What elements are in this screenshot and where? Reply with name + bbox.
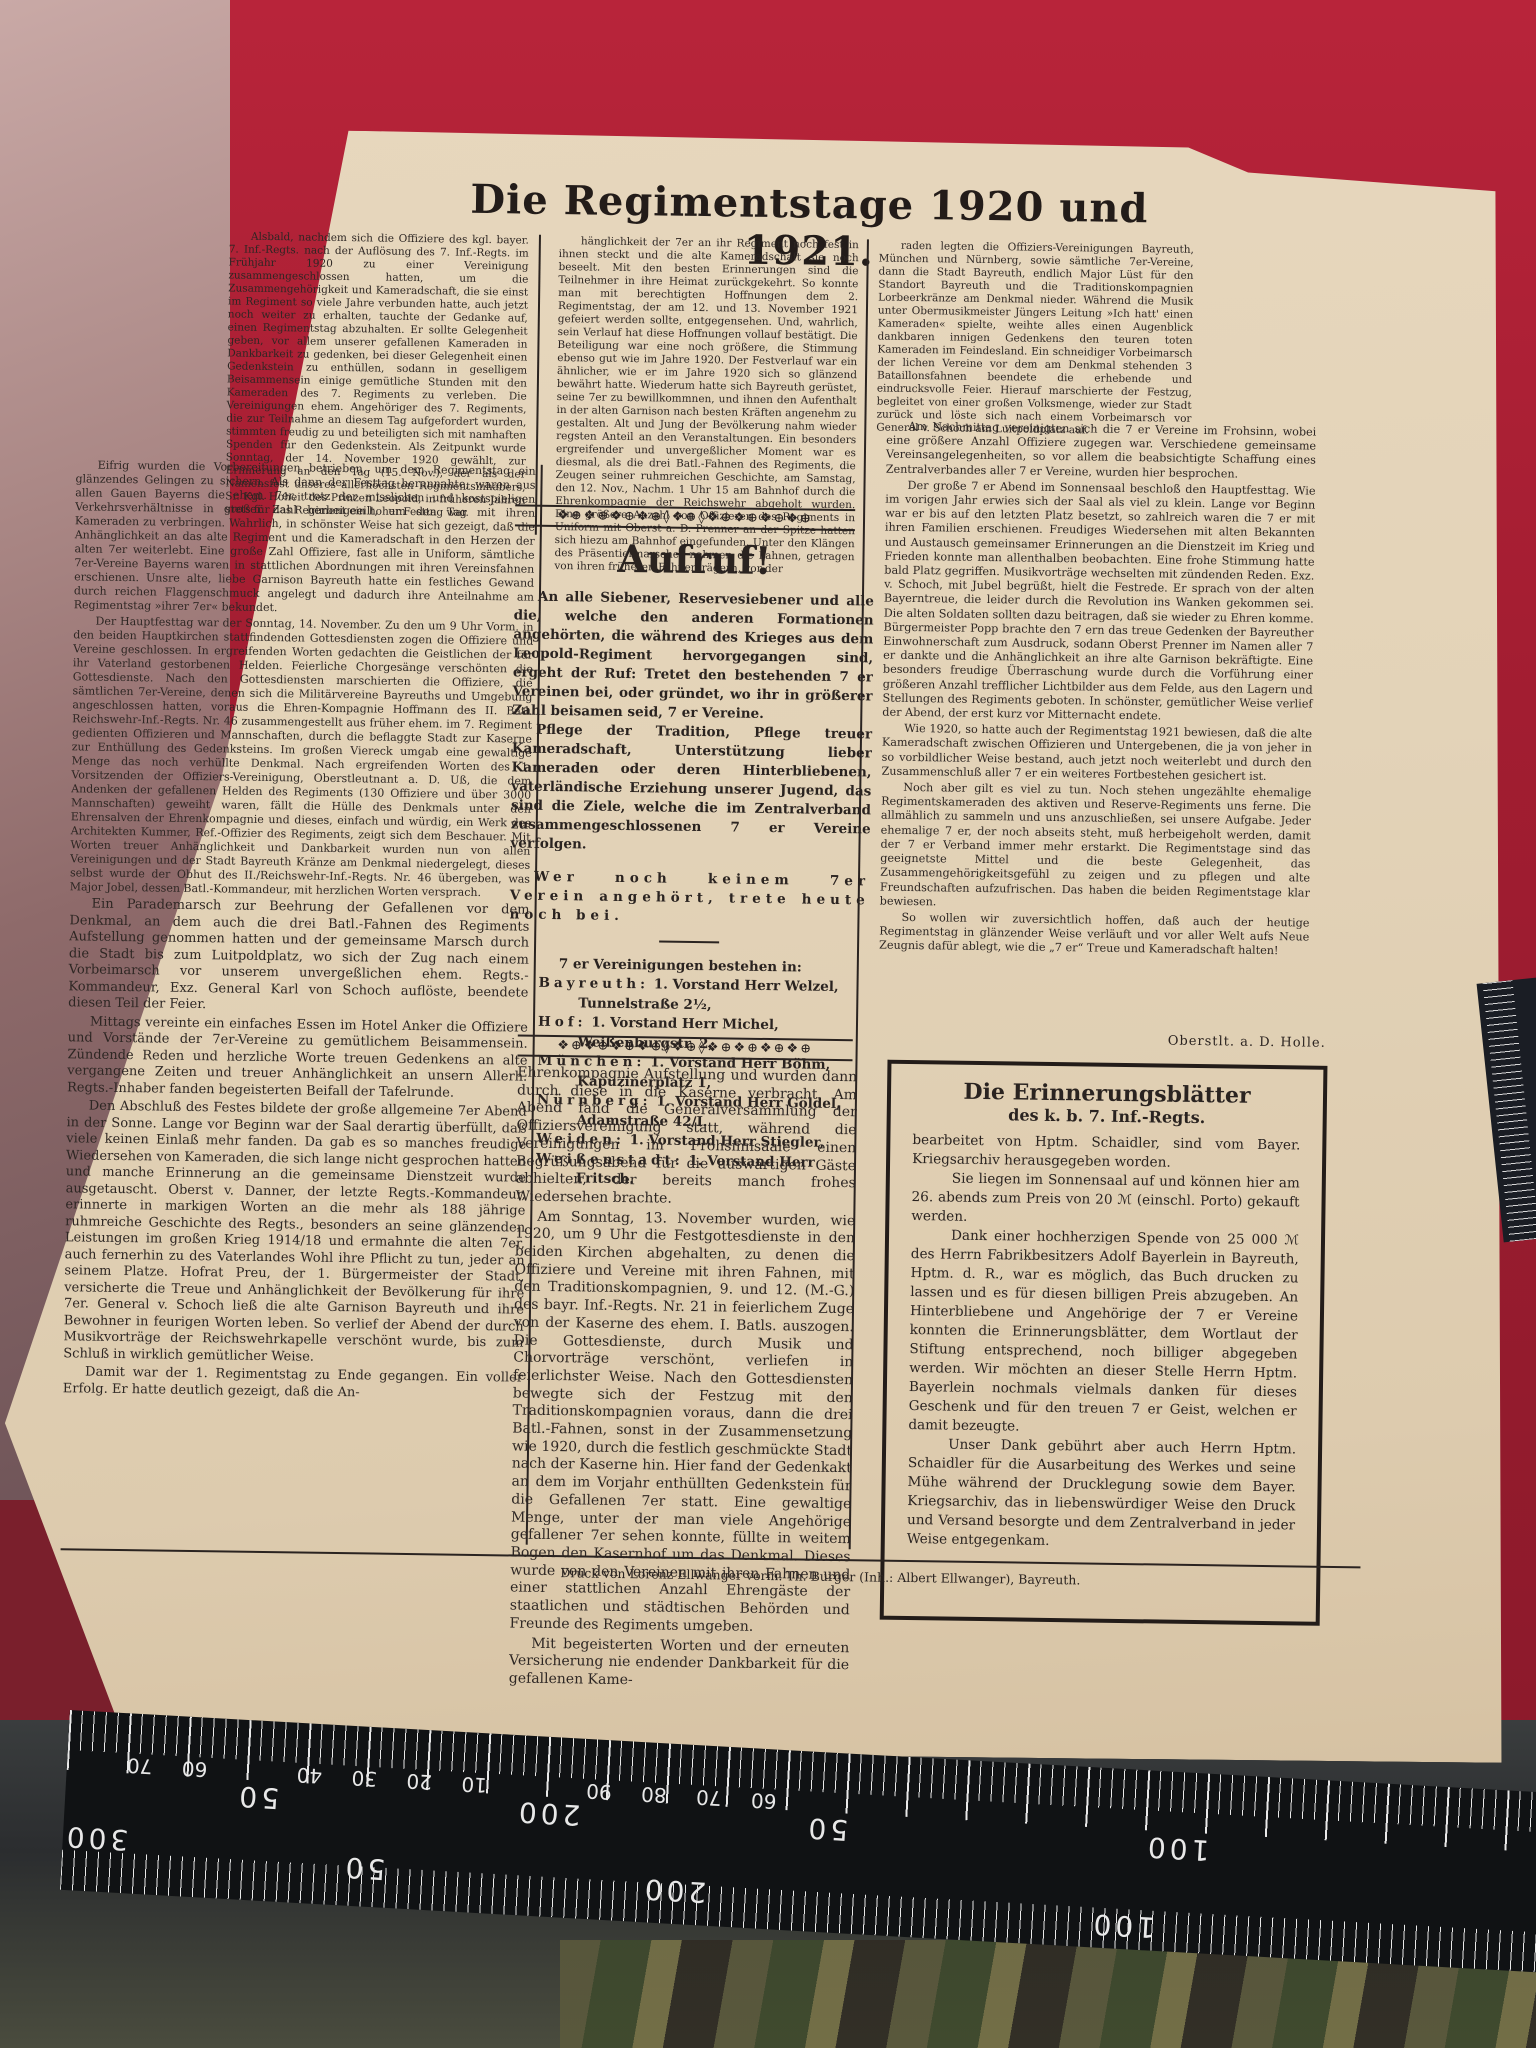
paragraph: Eifrig wurden die Vorbereitungen betrieb… [74,458,536,618]
ruler-label: 50 [235,1779,280,1814]
ruler-label: 200 [514,1795,581,1832]
divider [659,940,719,943]
paragraph: Mit begeisterten Worten und der erneuten… [509,1635,850,1693]
ruler-label: 70 [126,1753,153,1778]
box-paragraph: Unser Dank gebührt aber auch Herrn Hptm.… [907,1435,1297,1554]
ruler-label: 50 [804,1811,849,1846]
ruler-label: 90 [586,1779,613,1804]
paragraph: So wollen wir zuversichtlich hoffen, daß… [879,910,1310,959]
ruler-label: 100 [1143,1830,1210,1867]
decorative-border: ❖⊕❖⊕❖⊕❖⊕◊❖⊕◊❖⊕❖⊕❖⊕❖⊕ [515,504,855,531]
article-column-left: Eifrig wurden die Vorbereitungen betrieb… [63,458,536,1405]
club-entry: Bayreuth: 1. Vorstand Herr Welzel, Tunne… [508,973,869,1017]
paragraph: Damit war der 1. Regimentstag zu Ende ge… [63,1364,523,1403]
article-column-middle-lower: Ehrenkompagnie Aufstellung und wurden da… [509,1065,858,1695]
newspaper-content: Die Regimentstage 1920 und 1921. Alsbald… [178,160,1500,1738]
aufruf-call: Wer noch keinem 7er Verein angehört, tre… [509,867,870,929]
paragraph: Wie 1920, so hatte auch der Regimentstag… [881,722,1312,785]
ruler-label: 10 [461,1772,488,1797]
article-column-3: raden legten die Offiziers-Vereinigungen… [876,239,1194,440]
paragraph: Ein Parademarsch zur Beehrung der Gefall… [68,896,530,1018]
decorative-border: ❖⊕❖⊕❖⊕❖⊕◊❖⊕◊❖⊕❖⊕❖⊕❖⊕ [518,1035,853,1062]
ruler-label: 30 [351,1766,378,1791]
box-paragraph: Dank einer hochherzigen Spende von 25 00… [908,1226,1299,1440]
box-title: Die Erinnerungsblätter [913,1078,1301,1109]
paragraph: Den Abschluß des Festes bildete der groß… [63,1098,527,1368]
ruler-label: 40 [296,1763,323,1788]
ruler-label: 60 [181,1756,208,1781]
ruler-label: 60 [750,1788,777,1813]
ruler-label: 70 [695,1785,722,1810]
paragraph: Ehrenkompagnie Aufstellung und wurden da… [515,1065,857,1211]
paragraph: raden legten die Offiziers-Vereinigungen… [876,239,1194,438]
paragraph: Am Nachmittag vereinigten sich die 7 er … [886,420,1317,483]
author-signature: Oberstlt. a. D. Holle. [1168,1034,1326,1051]
aufruf-heading: Aufruf! [514,534,875,584]
ruler-label: 20 [406,1769,433,1794]
aufruf-paragraph: Pflege der Tradition, Pflege treuer Kame… [510,720,872,858]
paragraph: Noch aber gilt es viel zu tun. Noch steh… [880,781,1312,915]
aufruf-paragraph: An alle Siebener, Reservesiebener und al… [512,587,874,725]
article-column-right: Am Nachmittag vereinigten sich die 7 er … [879,420,1316,961]
ruler-label: 80 [641,1782,668,1807]
paragraph: Mittags vereinte ein einfaches Essen im … [67,1014,528,1103]
erinnerungsblaetter-box: Die Erinnerungsblätter des k. b. 7. Inf.… [880,1060,1328,1626]
paragraph: Der große 7 er Abend im Sonnensaal besch… [882,478,1315,725]
paragraph: Der Hauptfesttag war der Sonntag, 14. No… [70,614,534,900]
box-paragraph: Sie liegen im Sonnensaal auf und können … [911,1169,1300,1231]
box-paragraph: bearbeitet von Hptm. Schaidler, sind vom… [912,1131,1300,1174]
